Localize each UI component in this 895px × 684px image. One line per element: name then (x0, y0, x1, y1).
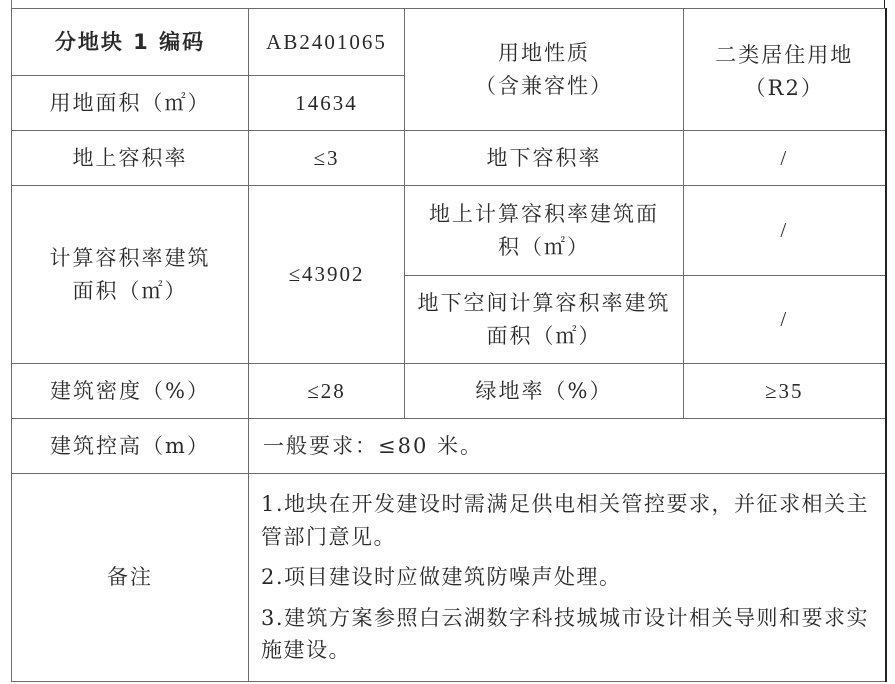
document-page: 分地块 1 编码 AB2401065 用地性质 （含兼容性） 二类居住用地 （R… (0, 0, 895, 684)
calc-gfa-value: ≤43902 (249, 186, 405, 364)
note-item: 3.建筑方案参照白云湖数字科技城城市设计相关导则和要求实施建设。 (261, 602, 871, 667)
height-limit-value: 一般要求：≤80 米。 (249, 419, 886, 474)
parcel-code-label: 分地块 1 编码 (12, 9, 249, 76)
calc-gfa-label: 计算容积率建筑面积（㎡） (12, 186, 249, 364)
note-item: 1.地块在开发建设时需满足供电相关管控要求，并征求相关主管部门意见。 (261, 488, 871, 553)
height-limit-label: 建筑控高（m） (12, 419, 249, 474)
land-use-value-line2: （R2） (684, 72, 885, 105)
land-use-value-line1: 二类居住用地 (684, 39, 885, 72)
table-row: 分地块 1 编码 AB2401065 用地性质 （含兼容性） 二类居住用地 （R… (12, 9, 886, 76)
planning-control-table: 分地块 1 编码 AB2401065 用地性质 （含兼容性） 二类居住用地 （R… (11, 8, 887, 682)
far-above-label: 地上容积率 (12, 131, 249, 186)
green-ratio-label: 绿地率（%） (405, 364, 684, 419)
land-use-label: 用地性质 （含兼容性） (405, 9, 684, 131)
far-below-label: 地下容积率 (405, 131, 684, 186)
table-top-edge-left (11, 0, 12, 8)
far-below-value: / (684, 131, 886, 186)
table-row: 计算容积率建筑面积（㎡） ≤43902 地上计算容积率建筑面积（㎡） / (12, 186, 886, 276)
land-use-value: 二类居住用地 （R2） (684, 9, 886, 131)
below-calc-gfa-label: 地下空间计算容积率建筑面积（㎡） (405, 276, 684, 364)
land-area-label: 用地面积（㎡） (12, 76, 249, 131)
notes-content: 1.地块在开发建设时需满足供电相关管控要求，并征求相关主管部门意见。 2.项目建… (249, 474, 886, 682)
table-row: 备注 1.地块在开发建设时需满足供电相关管控要求，并征求相关主管部门意见。 2.… (12, 474, 886, 682)
above-calc-gfa-label: 地上计算容积率建筑面积（㎡） (405, 186, 684, 276)
green-ratio-value: ≥35 (684, 364, 886, 419)
notes-label: 备注 (12, 474, 249, 682)
above-calc-gfa-value: / (684, 186, 886, 276)
far-above-value: ≤3 (249, 131, 405, 186)
note-item: 2.项目建设时应做建筑防噪声处理。 (261, 561, 871, 594)
land-use-label-line2: （含兼容性） (405, 70, 683, 103)
building-density-value: ≤28 (249, 364, 405, 419)
land-use-label-line1: 用地性质 (405, 37, 683, 70)
table-top-edge-right (884, 0, 885, 8)
land-area-value: 14634 (249, 76, 405, 131)
table-row: 地上容积率 ≤3 地下容积率 / (12, 131, 886, 186)
parcel-code-value: AB2401065 (249, 9, 405, 76)
table-row: 建筑控高（m） 一般要求：≤80 米。 (12, 419, 886, 474)
below-calc-gfa-value: / (684, 276, 886, 364)
table-row: 建筑密度（%） ≤28 绿地率（%） ≥35 (12, 364, 886, 419)
building-density-label: 建筑密度（%） (12, 364, 249, 419)
